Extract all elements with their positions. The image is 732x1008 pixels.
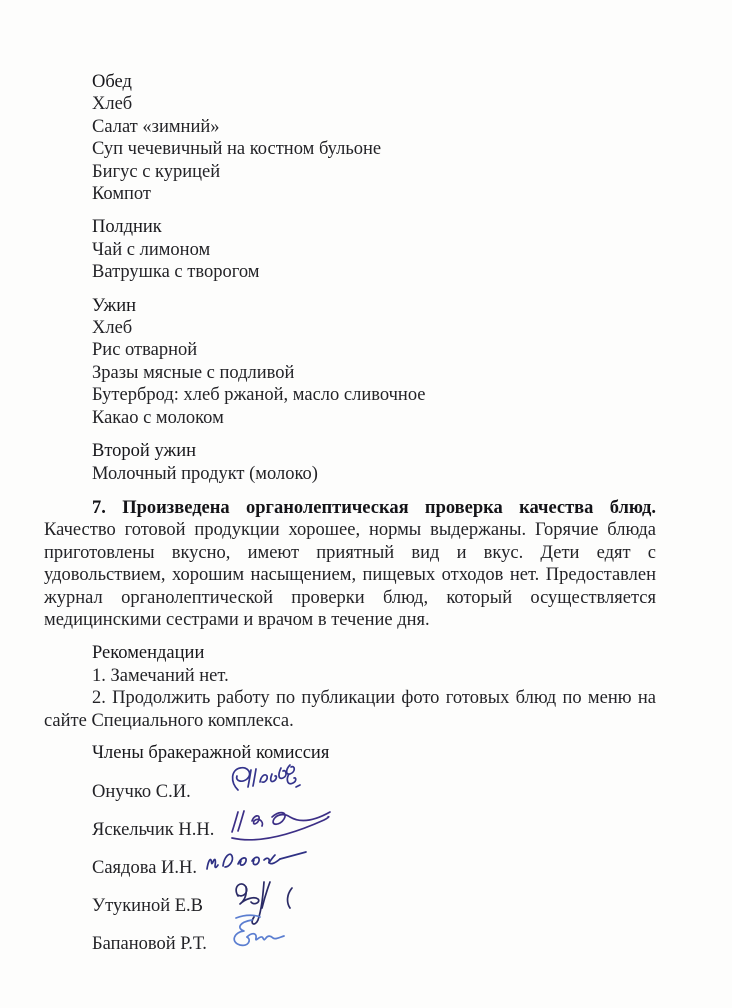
menu-section-second-dinner: Второй ужин Молочный продукт (молоко)	[44, 440, 656, 485]
commission-member-name: Бапановой Р.Т.	[92, 934, 207, 955]
recommendation-item: 2. Продолжить работу по публикации фото …	[44, 687, 656, 732]
commission-member-name: Яскельчик Н.Н.	[92, 820, 214, 841]
commission-title: Члены бракеражной комиссия	[92, 742, 656, 764]
commission-member-row: Утукиной Е.В	[44, 888, 656, 926]
menu-item: Бигус с курицей	[92, 161, 656, 183]
menu-section-dinner: Ужин Хлеб Рис отварной Зразы мясные с по…	[44, 295, 656, 429]
signature-block: Онучко С.И. Яскельчик Н.Н.	[44, 774, 656, 964]
menu-item: Компот	[92, 183, 656, 205]
menu-section-lunch: Обед Хлеб Салат «зимний» Суп чечевичный …	[44, 71, 656, 205]
signature-sayadova	[202, 846, 314, 876]
recommendations-section: Рекомендации 1. Замечаний нет. 2. Продол…	[44, 642, 656, 732]
recommendations-title: Рекомендации	[92, 642, 656, 664]
commission-member-name: Онучко С.И.	[92, 782, 191, 803]
menu-item: Молочный продукт (молоко)	[92, 463, 656, 485]
menu-item: Салат «зимний»	[92, 116, 656, 138]
menu-item: Ватрушка с творогом	[92, 261, 656, 283]
inspection-paragraph-body: Качество готовой продукции хорошее, норм…	[44, 520, 656, 630]
commission-member-name: Утукиной Е.В	[92, 896, 203, 917]
signature-bapanova	[224, 910, 304, 956]
menu-item: Бутерброд: хлеб ржаной, масло сливочное	[92, 384, 656, 406]
menu-section-title: Обед	[92, 71, 656, 93]
inspection-paragraph: 7. Произведена органолептическая проверк…	[44, 497, 656, 631]
commission-member-row: Яскельчик Н.Н.	[44, 812, 656, 850]
menu-item: Зразы мясные с подливой	[92, 362, 656, 384]
commission-member-name: Саядова И.Н.	[92, 858, 197, 879]
menu-item: Суп чечевичный на костном бульоне	[92, 138, 656, 160]
recommendation-item: 1. Замечаний нет.	[44, 665, 656, 687]
document-content: Обед Хлеб Салат «зимний» Суп чечевичный …	[44, 60, 656, 964]
inspection-paragraph-lead: 7. Произведена органолептическая проверк…	[92, 498, 656, 518]
menu-item: Рис отварной	[92, 339, 656, 361]
menu-item: Хлеб	[92, 317, 656, 339]
menu-item: Какао с молоком	[92, 407, 656, 429]
menu-section-snack: Полдник Чай с лимоном Ватрушка с творого…	[44, 216, 656, 283]
commission-member-row: Саядова И.Н.	[44, 850, 656, 888]
scanned-document-page: Обед Хлеб Салат «зимний» Суп чечевичный …	[0, 0, 732, 1008]
menu-section-title: Второй ужин	[92, 440, 656, 462]
menu-section-title: Ужин	[92, 295, 656, 317]
menu-item: Хлеб	[92, 93, 656, 115]
commission-member-row: Онучко С.И.	[44, 774, 656, 812]
signature-yaskelchik	[222, 804, 340, 846]
menu-section-title: Полдник	[92, 216, 656, 238]
commission-member-row: Бапановой Р.Т.	[44, 926, 656, 964]
menu-item: Чай с лимоном	[92, 239, 656, 261]
signature-onuchko	[226, 760, 316, 806]
